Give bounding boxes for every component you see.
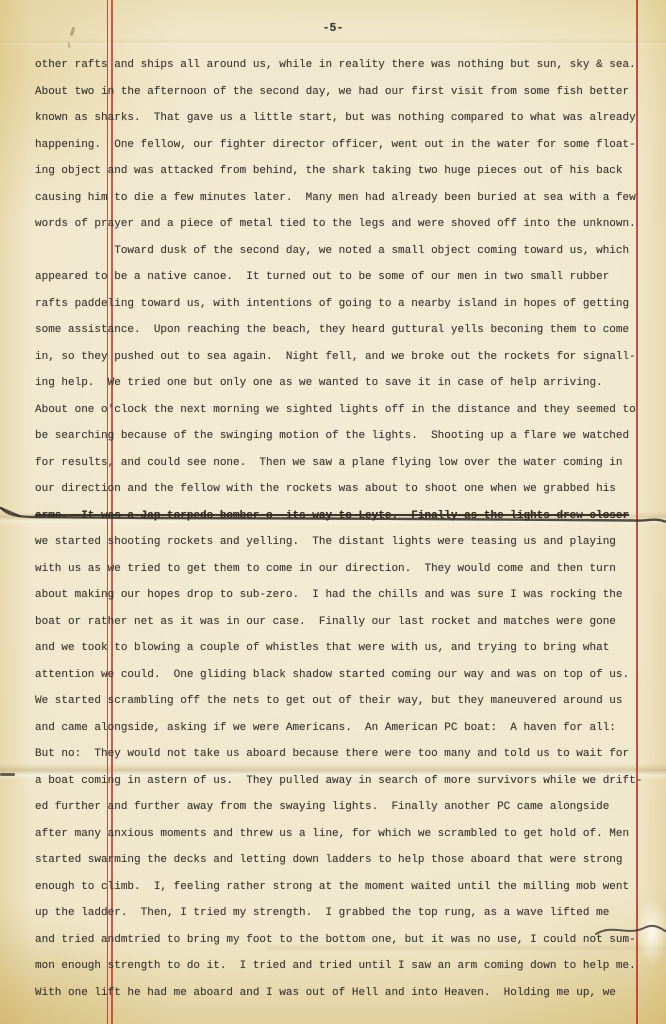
typed-line: ing object and was attacked from behind,… — [35, 158, 659, 185]
typed-line: with us as we tried to get them to come … — [35, 556, 659, 583]
typed-line: for results, and could see none. Then we… — [35, 450, 659, 477]
typed-line: be searching because of the swinging mot… — [35, 423, 659, 450]
typed-line: Toward dusk of the second day, we noted … — [35, 238, 659, 265]
typed-line: other rafts and ships all around us, whi… — [35, 52, 659, 79]
typed-line: enough to climb. I, feeling rather stron… — [35, 874, 659, 901]
typed-line: boat or rather net as it was in our case… — [35, 609, 659, 636]
typed-line: we started shooting rockets and yelling.… — [35, 529, 659, 556]
typed-line: in, so they pushed out to sea again. Nig… — [35, 344, 659, 371]
typed-line: appeared to be a native canoe. It turned… — [35, 264, 659, 291]
letter-page: -5- other rafts and ships all around us,… — [0, 0, 666, 1024]
typed-line: known as sharks. That gave us a little s… — [35, 105, 659, 132]
typed-line: About one o'clock the next morning we si… — [35, 397, 659, 424]
typed-line: mon enough strength to do it. I tried an… — [35, 953, 659, 980]
page-number: -5- — [323, 22, 344, 35]
typed-line: after many anxious moments and threw us … — [35, 821, 659, 848]
ink-speck — [70, 27, 76, 36]
typed-line: up the ladder. Then, I tried my strength… — [35, 900, 659, 927]
typed-line: a boat coming in astern of us. They pull… — [35, 768, 659, 795]
typed-line: ing help. We tried one but only one as w… — [35, 370, 659, 397]
typed-line: About two in the afternoon of the second… — [35, 79, 659, 106]
typed-line: attention we could. One gliding black sh… — [35, 662, 659, 689]
typed-line: and we took to blowing a couple of whist… — [35, 635, 659, 662]
typed-line: started swarming the decks and letting d… — [35, 847, 659, 874]
typed-line: rafts paddeling toward us, with intentio… — [35, 291, 659, 318]
typed-line: With one lift he had me aboard and I was… — [35, 980, 659, 1007]
typed-line: ed further and further away from the swa… — [35, 794, 659, 821]
typed-line-struck: arms. It was a Jap torpedo bomber o its … — [35, 503, 659, 530]
typed-line: But no: They would not take us aboard be… — [35, 741, 659, 768]
typed-line: about making our hopes drop to sub-zero.… — [35, 582, 659, 609]
typed-line: and tried andmtried to bring my foot to … — [35, 927, 659, 954]
typed-line: We started scrambling off the nets to ge… — [35, 688, 659, 715]
typed-line: words of prayer and a piece of metal tie… — [35, 211, 659, 238]
pen-edge-mark — [0, 773, 15, 776]
ink-speck — [68, 42, 71, 48]
typed-line: our direction and the fellow with the ro… — [35, 476, 659, 503]
fold-crease-top — [0, 38, 666, 46]
typed-line: happening. One fellow, our fighter direc… — [35, 132, 659, 159]
typed-line: some assistance. Upon reaching the beach… — [35, 317, 659, 344]
typed-line: and came alongside, asking if we were Am… — [35, 715, 659, 742]
letter-body: other rafts and ships all around us, whi… — [35, 52, 659, 1006]
typed-line: causing him to die a few minutes later. … — [35, 185, 659, 212]
